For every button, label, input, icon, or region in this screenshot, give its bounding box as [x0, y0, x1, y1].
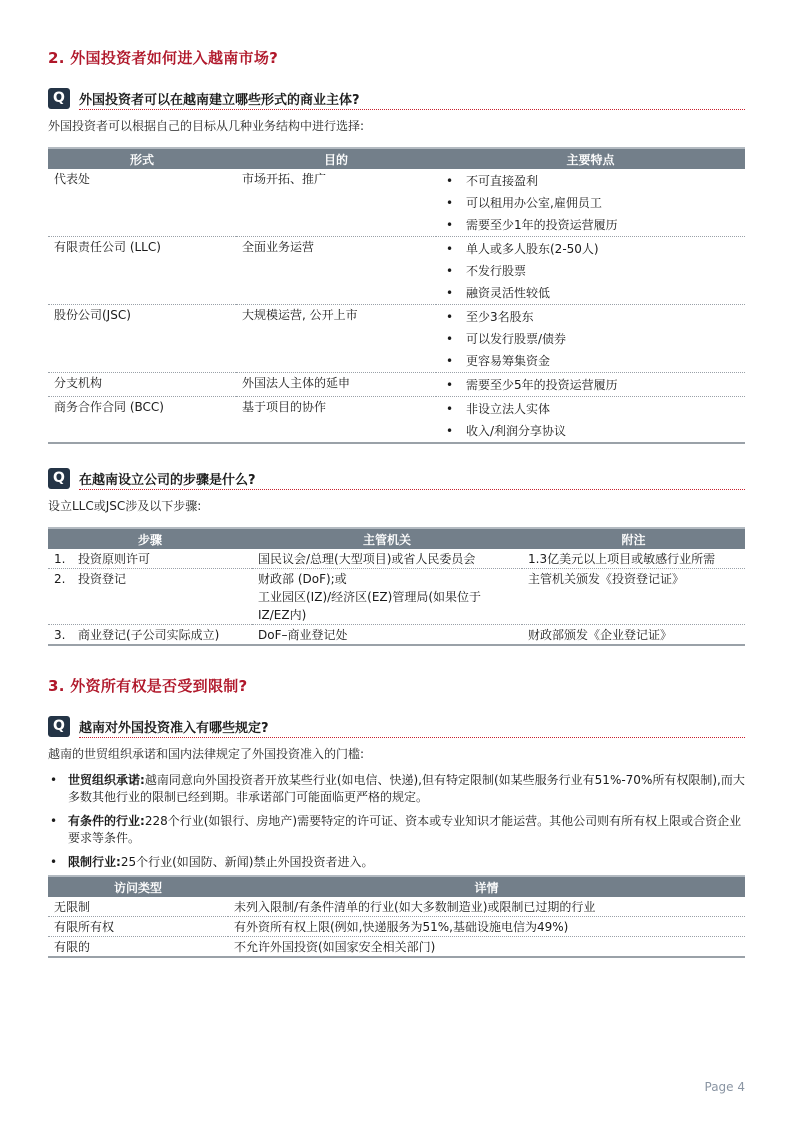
cell-features: •至少3名股东 •可以发行股票/债券 •更容易筹集资金 — [436, 305, 745, 373]
bullet-icon: • — [48, 854, 68, 871]
authority-line: 国民议会/总理(大型项目)或省人民委员会 — [258, 550, 516, 568]
feature-item: •不发行股票 — [442, 260, 739, 282]
authority-line: IZ/EZ内) — [258, 606, 516, 624]
entry-rules-list: •世贸组织承诺:越南同意向外国投资者开放某些行业(如电信、快递),但有特定限制(… — [48, 772, 745, 878]
cell-features: •非设立法人实体 •收入/利润分享协议 — [436, 397, 745, 444]
table-row: 有限的 不允许外国投资(如国家安全相关部门) — [48, 937, 745, 958]
cell-type: 有限的 — [48, 937, 228, 958]
step-text: 投资原则许可 — [78, 552, 150, 566]
feature-text: 可以发行股票/债券 — [466, 328, 566, 350]
cell-purpose: 大规模运营, 公开上市 — [236, 305, 436, 373]
bullet-icon: • — [442, 306, 466, 328]
feature-text: 更容易筹集资金 — [466, 350, 550, 372]
step-number: 2. — [54, 570, 78, 588]
dotted-underline — [79, 489, 745, 490]
cell-features: •需要至少5年的投资运营履历 — [436, 373, 745, 397]
feature-text: 至少3名股东 — [466, 306, 534, 328]
header-step: 步骤 — [48, 528, 252, 549]
feature-item: •融资灵活性较低 — [442, 282, 739, 304]
cell-note: 主管机关颁发《投资登记证》 — [522, 569, 745, 625]
cell-form: 股份公司(JSC) — [48, 305, 236, 373]
bullet-icon: • — [48, 772, 68, 806]
cell-authority: DoF–商业登记处 — [252, 625, 522, 646]
bullet-icon: • — [442, 374, 466, 396]
bullet-text: 228个行业(如银行、房地产)需要特定的许可证、资本或专业知识才能运营。其他公司… — [68, 814, 741, 845]
cell-form: 商务合作合同 (BCC) — [48, 397, 236, 444]
bullet-icon: • — [442, 192, 466, 214]
cell-purpose: 市场开拓、推广 — [236, 169, 436, 237]
question-text: 外国投资者可以在越南建立哪些形式的商业主体? — [79, 89, 360, 108]
bullet-icon: • — [442, 398, 466, 420]
cell-features: •不可直接盈利 •可以租用办公室,雇佣员工 •需要至少1年的投资运营履历 — [436, 169, 745, 237]
bullet-icon: • — [442, 238, 466, 260]
page-number: Page 4 — [705, 1080, 746, 1094]
cell-purpose: 外国法人主体的延申 — [236, 373, 436, 397]
cell-form: 代表处 — [48, 169, 236, 237]
bullet-text: 25个行业(如国防、新闻)禁止外国投资者进入。 — [121, 855, 374, 869]
feature-text: 不可直接盈利 — [466, 170, 538, 192]
table-row: 有限责任公司 (LLC) 全面业务运营 •单人或多人股东(2-50人) •不发行… — [48, 237, 745, 305]
feature-item: •至少3名股东 — [442, 306, 739, 328]
cell-note: 1.3亿美元以上项目或敏感行业所需 — [522, 549, 745, 569]
bullet-label: 有条件的行业: — [68, 814, 145, 828]
feature-text: 非设立法人实体 — [466, 398, 550, 420]
feature-text: 需要至少1年的投资运营履历 — [466, 214, 618, 236]
access-type-table: 访问类型 详情 无限制 未列入限制/有条件清单的行业(如大多数制造业)或限制已过… — [48, 875, 745, 958]
feature-text: 可以租用办公室,雇佣员工 — [466, 192, 602, 214]
intro-text: 越南的世贸组织承诺和国内法律规定了外国投资准入的门槛: — [48, 745, 364, 762]
table-row: 分支机构 外国法人主体的延申 •需要至少5年的投资运营履历 — [48, 373, 745, 397]
header-features: 主要特点 — [436, 148, 745, 169]
bullet-text: 越南同意向外国投资者开放某些行业(如电信、快递),但有特定限制(如某些服务行业有… — [68, 773, 745, 804]
table-row: 股份公司(JSC) 大规模运营, 公开上市 •至少3名股东 •可以发行股票/债券… — [48, 305, 745, 373]
feature-item: •不可直接盈利 — [442, 170, 739, 192]
q-icon: Q — [48, 88, 70, 109]
bullet-icon: • — [442, 350, 466, 372]
cell-purpose: 基于项目的协作 — [236, 397, 436, 444]
q-icon: Q — [48, 468, 70, 489]
cell-detail: 未列入限制/有条件清单的行业(如大多数制造业)或限制已过期的行业 — [228, 897, 745, 917]
header-purpose: 目的 — [236, 148, 436, 169]
cell-form: 分支机构 — [48, 373, 236, 397]
setup-steps-table: 步骤 主管机关 附注 1.投资原则许可 国民议会/总理(大型项目)或省人民委员会… — [48, 527, 745, 646]
cell-purpose: 全面业务运营 — [236, 237, 436, 305]
dotted-underline — [79, 737, 745, 738]
question-text: 在越南设立公司的步骤是什么? — [79, 469, 256, 488]
list-item: •限制行业:25个行业(如国防、新闻)禁止外国投资者进入。 — [48, 854, 745, 871]
authority-line: 工业园区(IZ)/经济区(EZ)管理局(如果位于 — [258, 588, 516, 606]
list-item: •世贸组织承诺:越南同意向外国投资者开放某些行业(如电信、快递),但有特定限制(… — [48, 772, 745, 806]
feature-item: •单人或多人股东(2-50人) — [442, 238, 739, 260]
cell-step: 1.投资原则许可 — [48, 549, 252, 569]
cell-note: 财政部颁发《企业登记证》 — [522, 625, 745, 646]
bullet-icon: • — [442, 328, 466, 350]
table-row: 3.商业登记(子公司实际成立) DoF–商业登记处 财政部颁发《企业登记证》 — [48, 625, 745, 646]
intro-text: 外国投资者可以根据自己的目标从几种业务结构中进行选择: — [48, 117, 364, 134]
question-business-entities: Q 外国投资者可以在越南建立哪些形式的商业主体? — [48, 86, 745, 110]
bullet-label: 世贸组织承诺: — [68, 773, 145, 787]
list-item: •有条件的行业:228个行业(如银行、房地产)需要特定的许可证、资本或专业知识才… — [48, 813, 745, 847]
table-row: 有限所有权 有外资所有权上限(例如,快递服务为51%,基础设施电信为49%) — [48, 917, 745, 937]
bullet-icon: • — [48, 813, 68, 847]
table-row: 商务合作合同 (BCC) 基于项目的协作 •非设立法人实体 •收入/利润分享协议 — [48, 397, 745, 444]
feature-text: 不发行股票 — [466, 260, 526, 282]
cell-step: 3.商业登记(子公司实际成立) — [48, 625, 252, 646]
authority-line: DoF–商业登记处 — [258, 626, 516, 644]
header-detail: 详情 — [228, 876, 745, 897]
feature-item: •更容易筹集资金 — [442, 350, 739, 372]
step-text: 投资登记 — [78, 572, 126, 586]
cell-detail: 不允许外国投资(如国家安全相关部门) — [228, 937, 745, 958]
feature-item: •需要至少5年的投资运营履历 — [442, 374, 739, 396]
bullet-icon: • — [442, 214, 466, 236]
cell-features: •单人或多人股东(2-50人) •不发行股票 •融资灵活性较低 — [436, 237, 745, 305]
dotted-underline — [79, 109, 745, 110]
cell-type: 有限所有权 — [48, 917, 228, 937]
section-2-title: 2. 外国投资者如何进入越南市场? — [48, 47, 278, 68]
feature-item: •可以发行股票/债券 — [442, 328, 739, 350]
feature-item: •收入/利润分享协议 — [442, 420, 739, 442]
bullet-icon: • — [442, 420, 466, 442]
header-authority: 主管机关 — [252, 528, 522, 549]
cell-detail: 有外资所有权上限(例如,快递服务为51%,基础设施电信为49%) — [228, 917, 745, 937]
step-text: 商业登记(子公司实际成立) — [78, 628, 219, 642]
feature-item: •非设立法人实体 — [442, 398, 739, 420]
intro-text: 设立LLC或JSC涉及以下步骤: — [48, 497, 201, 514]
feature-text: 融资灵活性较低 — [466, 282, 550, 304]
bullet-icon: • — [442, 282, 466, 304]
feature-text: 收入/利润分享协议 — [466, 420, 566, 442]
cell-type: 无限制 — [48, 897, 228, 917]
cell-authority: 财政部 (DoF);或 工业园区(IZ)/经济区(EZ)管理局(如果位于 IZ/… — [252, 569, 522, 625]
feature-text: 单人或多人股东(2-50人) — [466, 238, 599, 260]
table-row: 2.投资登记 财政部 (DoF);或 工业园区(IZ)/经济区(EZ)管理局(如… — [48, 569, 745, 625]
question-text: 越南对外国投资准入有哪些规定? — [79, 717, 269, 736]
bullet-label: 限制行业: — [68, 855, 121, 869]
section-3-title: 3. 外资所有权是否受到限制? — [48, 675, 248, 696]
step-number: 1. — [54, 550, 78, 568]
cell-step: 2.投资登记 — [48, 569, 252, 625]
step-number: 3. — [54, 626, 78, 644]
table-row: 1.投资原则许可 国民议会/总理(大型项目)或省人民委员会 1.3亿美元以上项目… — [48, 549, 745, 569]
business-entity-table: 形式 目的 主要特点 代表处 市场开拓、推广 •不可直接盈利 •可以租用办公室,… — [48, 147, 745, 444]
table-row: 无限制 未列入限制/有条件清单的行业(如大多数制造业)或限制已过期的行业 — [48, 897, 745, 917]
cell-form: 有限责任公司 (LLC) — [48, 237, 236, 305]
feature-item: •需要至少1年的投资运营履历 — [442, 214, 739, 236]
header-note: 附注 — [522, 528, 745, 549]
table-row: 代表处 市场开拓、推广 •不可直接盈利 •可以租用办公室,雇佣员工 •需要至少1… — [48, 169, 745, 237]
question-entry-rules: Q 越南对外国投资准入有哪些规定? — [48, 714, 745, 738]
feature-item: •可以租用办公室,雇佣员工 — [442, 192, 739, 214]
cell-authority: 国民议会/总理(大型项目)或省人民委员会 — [252, 549, 522, 569]
question-setup-steps: Q 在越南设立公司的步骤是什么? — [48, 466, 745, 490]
bullet-icon: • — [442, 260, 466, 282]
header-access-type: 访问类型 — [48, 876, 228, 897]
feature-text: 需要至少5年的投资运营履历 — [466, 374, 618, 396]
header-form: 形式 — [48, 148, 236, 169]
authority-line: 财政部 (DoF);或 — [258, 570, 516, 588]
q-icon: Q — [48, 716, 70, 737]
bullet-icon: • — [442, 170, 466, 192]
